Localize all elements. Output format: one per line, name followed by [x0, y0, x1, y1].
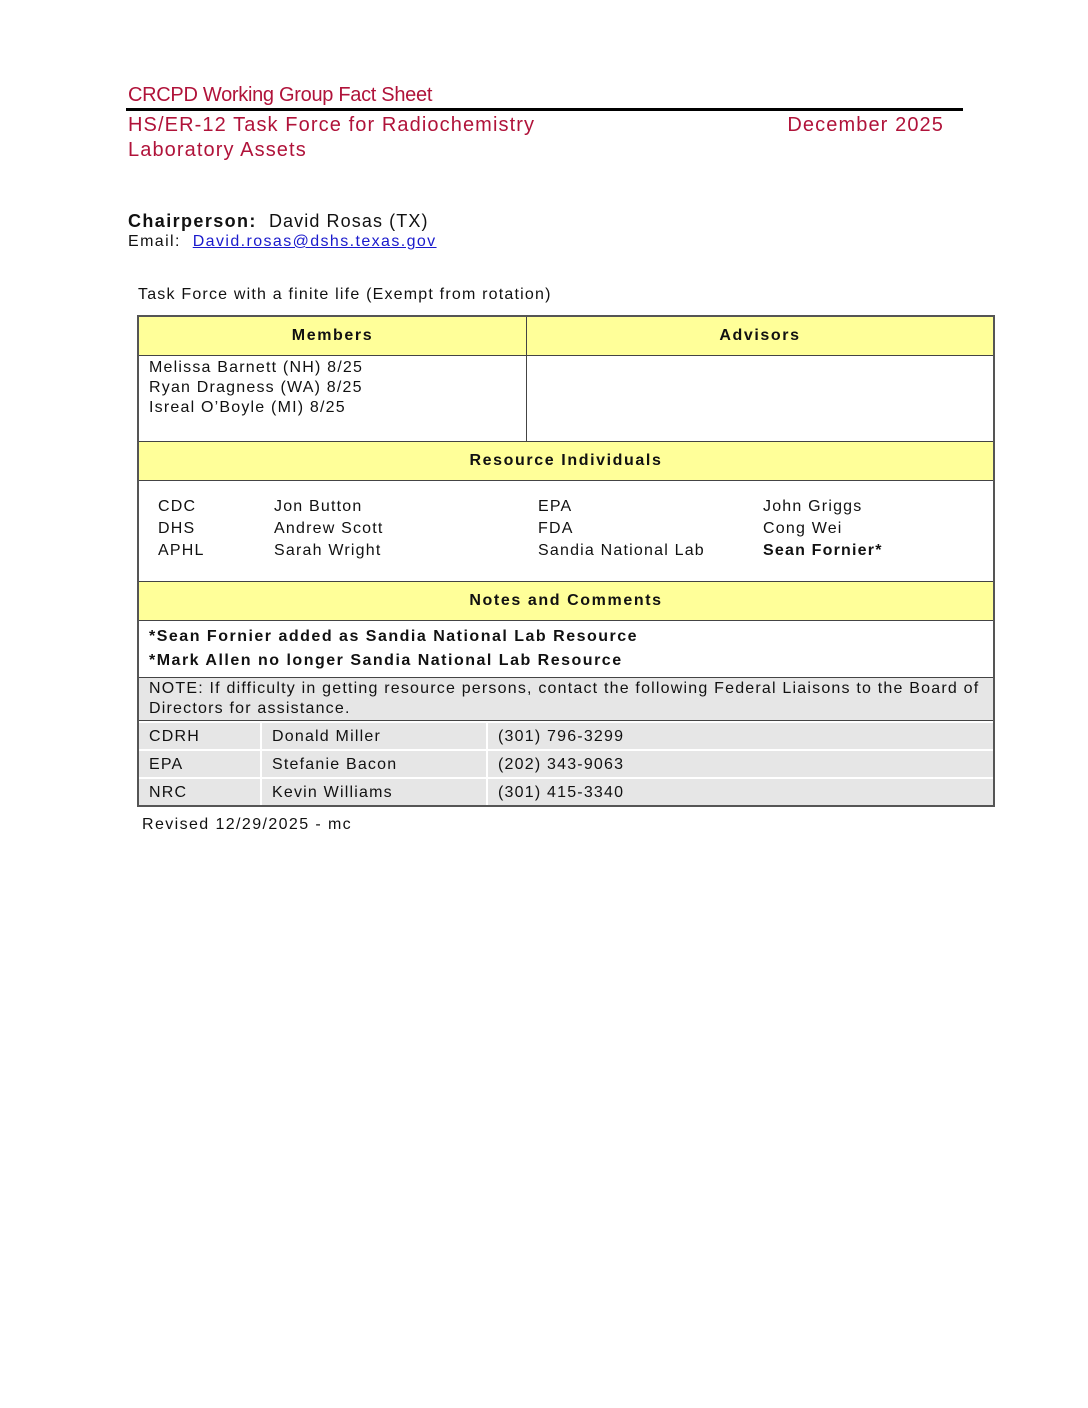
resource-org: EPA	[538, 497, 763, 517]
task-force-title: HS/ER-12 Task Force for Radiochemistry L…	[128, 113, 648, 163]
roster-table: Members Advisors Melissa Barnett (NH) 8/…	[137, 315, 995, 807]
liaison-name: Stefanie Bacon	[261, 750, 487, 778]
header-rule	[126, 108, 963, 111]
chairperson-line: Chairperson: David Rosas (TX)	[128, 211, 429, 232]
resource-org: Sandia National Lab	[538, 541, 763, 561]
resource-name-highlighted: Sean Fornier*	[763, 541, 993, 561]
title-block: HS/ER-12 Task Force for Radiochemistry L…	[128, 113, 948, 163]
resource-name: Jon Button	[274, 497, 538, 517]
member-item: Melissa Barnett (NH) 8/25	[149, 358, 516, 378]
liaisons-table: CDRH Donald Miller (301) 796-3299 EPA St…	[139, 721, 993, 805]
liaison-org: NRC	[139, 778, 261, 805]
revised-note: Revised 12/29/2025 - mc	[142, 816, 352, 834]
liaison-name: Donald Miller	[261, 722, 487, 750]
notes-header: Notes and Comments	[138, 582, 994, 621]
resource-org: APHL	[158, 541, 274, 561]
resource-name: Sarah Wright	[274, 541, 538, 561]
resource-org: CDC	[158, 497, 274, 517]
resource-name: Andrew Scott	[274, 519, 538, 539]
liaison-note: NOTE: If difficulty in getting resource …	[138, 678, 994, 721]
resource-name: John Griggs	[763, 497, 993, 517]
members-header: Members	[138, 316, 527, 356]
doc-label: CRCPD Working Group Fact Sheet	[128, 84, 432, 107]
email-label: Email:	[128, 233, 181, 250]
member-item: Isreal O’Boyle (MI) 8/25	[149, 398, 516, 418]
liaison-name: Kevin Williams	[261, 778, 487, 805]
notes-list: *Sean Fornier added as Sandia National L…	[138, 621, 994, 678]
advisors-list	[527, 356, 995, 442]
note-item: *Mark Allen no longer Sandia National La…	[149, 649, 983, 673]
resource-header: Resource Individuals	[138, 442, 994, 481]
chairperson-name: David Rosas (TX)	[269, 211, 429, 231]
member-item: Ryan Dragness (WA) 8/25	[149, 378, 516, 398]
resource-org: DHS	[158, 519, 274, 539]
chairperson-label: Chairperson:	[128, 211, 257, 231]
date: December 2025	[787, 113, 944, 138]
liaison-row: NRC Kevin Williams (301) 415-3340	[139, 778, 993, 805]
liaison-phone: (202) 343-9063	[487, 750, 993, 778]
email-link[interactable]: David.rosas@dshs.texas.gov	[193, 233, 437, 250]
members-list: Melissa Barnett (NH) 8/25 Ryan Dragness …	[138, 356, 527, 442]
resource-name: Cong Wei	[763, 519, 993, 539]
liaison-phone: (301) 415-3340	[487, 778, 993, 805]
fact-sheet-page: CRCPD Working Group Fact Sheet HS/ER-12 …	[0, 0, 1088, 1408]
resource-individuals: CDC Jon Button EPA John Griggs DHS Andre…	[138, 481, 994, 582]
liaisons-container: CDRH Donald Miller (301) 796-3299 EPA St…	[138, 721, 994, 807]
liaison-phone: (301) 796-3299	[487, 722, 993, 750]
advisors-header: Advisors	[527, 316, 995, 356]
finite-life-note: Task Force with a finite life (Exempt fr…	[138, 286, 552, 304]
liaison-org: CDRH	[139, 722, 261, 750]
note-item: *Sean Fornier added as Sandia National L…	[149, 625, 983, 649]
liaison-row: CDRH Donald Miller (301) 796-3299	[139, 722, 993, 750]
email-line: Email: David.rosas@dshs.texas.gov	[128, 233, 437, 251]
resource-org: FDA	[538, 519, 763, 539]
liaison-org: EPA	[139, 750, 261, 778]
liaison-row: EPA Stefanie Bacon (202) 343-9063	[139, 750, 993, 778]
